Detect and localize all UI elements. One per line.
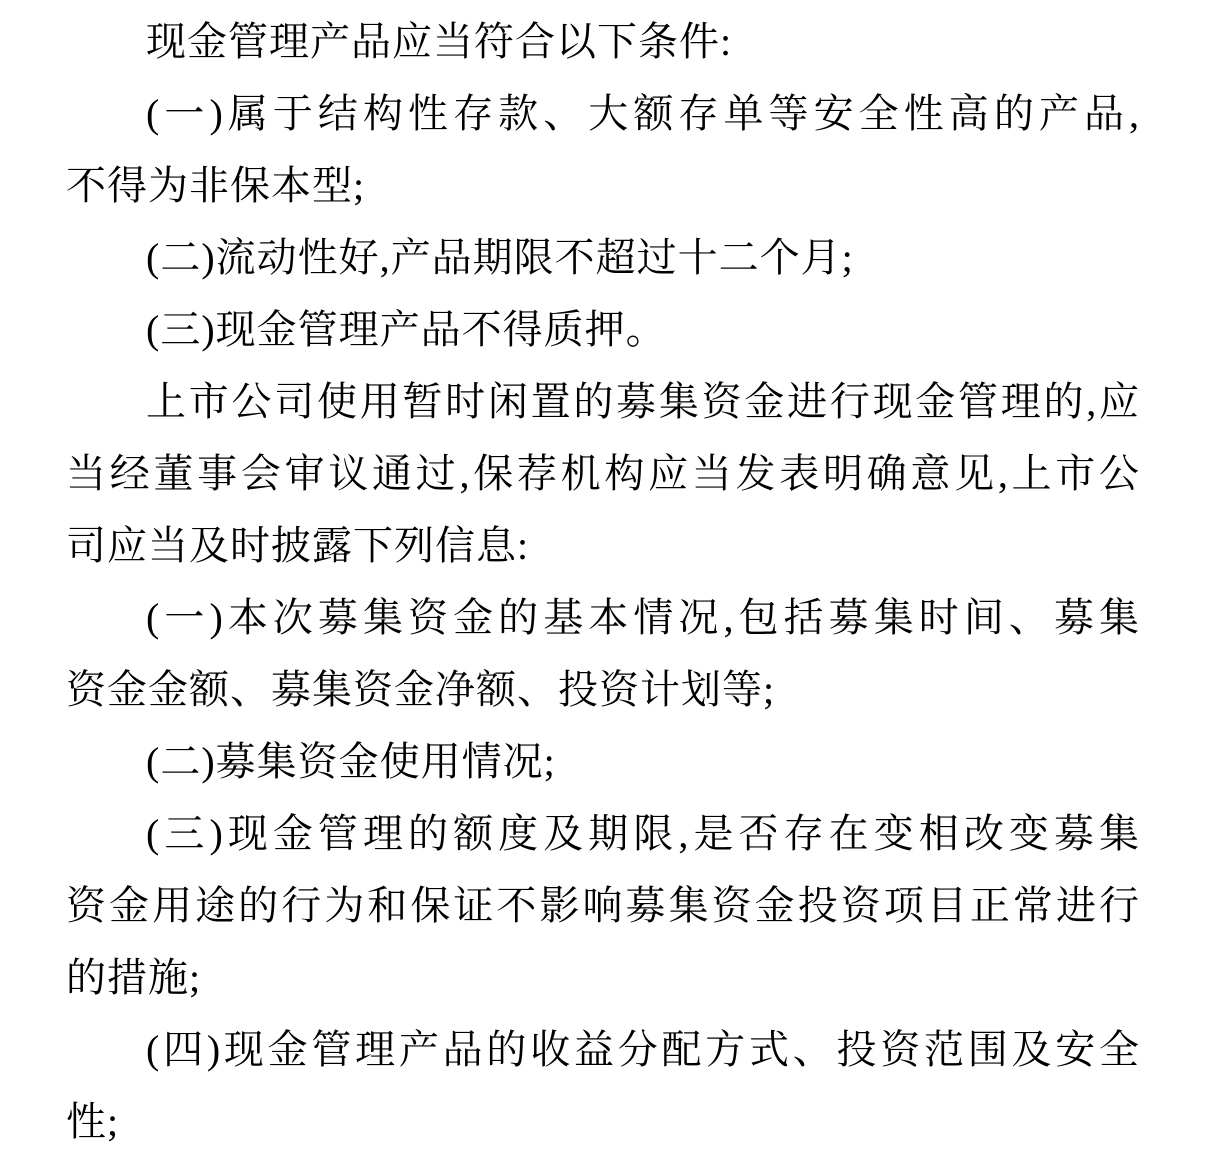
text-line: 资金用途的行为和保证不影响募集资金投资项目正常进行	[66, 870, 1140, 942]
text-line: 当经董事会审议通过,保荐机构应当发表明确意见,上市公	[66, 438, 1140, 510]
text-line: 现金管理产品应当符合以下条件:	[66, 6, 1140, 78]
document-page: 现金管理产品应当符合以下条件: (一)属于结构性存款、大额存单等安全性高的产品,…	[0, 0, 1206, 1164]
text-line: 上市公司使用暂时闲置的募集资金进行现金管理的,应	[66, 366, 1140, 438]
text-line: (三)现金管理的额度及期限,是否存在变相改变募集	[66, 798, 1140, 870]
text-line: (四)现金管理产品的收益分配方式、投资范围及安全	[66, 1014, 1140, 1086]
text-line: 不得为非保本型;	[66, 150, 1140, 222]
text-line: (一)属于结构性存款、大额存单等安全性高的产品,	[66, 78, 1140, 150]
text-line: (二)募集资金使用情况;	[66, 726, 1140, 798]
text-line: 资金金额、募集资金净额、投资计划等;	[66, 654, 1140, 726]
text-line: (二)流动性好,产品期限不超过十二个月;	[66, 222, 1140, 294]
text-line: 的措施;	[66, 942, 1140, 1014]
text-line: 司应当及时披露下列信息:	[66, 510, 1140, 582]
text-line: (一)本次募集资金的基本情况,包括募集时间、募集	[66, 582, 1140, 654]
text-line: 性;	[66, 1086, 1140, 1158]
text-line: (三)现金管理产品不得质押。	[66, 294, 1140, 366]
